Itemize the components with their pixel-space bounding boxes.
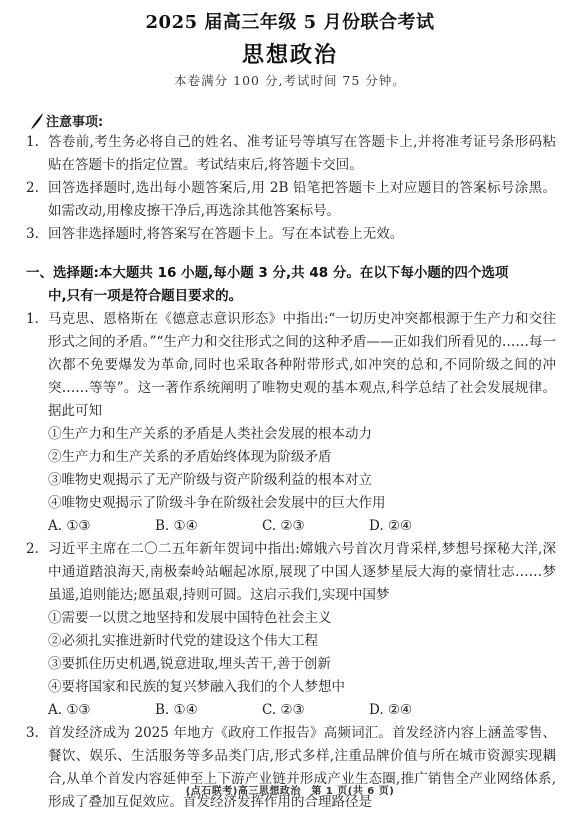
option-a: A. ①③: [48, 515, 155, 538]
exam-title: 2025 届高三年级 5 月份联合考试: [0, 8, 580, 34]
statement: ③要抓住历史机遇,锐意进取,埋头苦干,善于创新: [48, 653, 556, 676]
option-c: C. ②③: [262, 699, 369, 722]
exam-page: 2025 届高三年级 5 月份联合考试 思想政治 本卷满分 100 分,考试时间…: [0, 0, 580, 823]
option-c: C. ②③: [262, 515, 369, 538]
notice-item: 1. 答卷前,考生务必将自己的姓名、准考证号等填写在答题卡上,并将准考证号条形码…: [26, 131, 556, 177]
exam-info: 本卷满分 100 分,考试时间 75 分钟。: [0, 71, 580, 89]
option-a: A. ①③: [48, 699, 155, 722]
option-d: D. ②④: [369, 515, 476, 538]
statement: ④唯物史观揭示了阶级斗争在阶级社会发展中的巨大作用: [48, 492, 556, 515]
statement: ①需要一以贯之地坚持和发展中国特色社会主义: [48, 607, 556, 630]
option-b: B. ①④: [155, 699, 262, 722]
notice-item: 2. 回答选择题时,选出每小题答案后,用 2B 铅笔把答题卡上对应题目的答案标号…: [26, 177, 556, 223]
question-stem: 习近平主席在二〇二五年新年贺词中指出:嫦娥六号首次月背采样,梦想号探秘大洋,深中…: [48, 541, 556, 603]
question-stem: 马克思、恩格斯在《德意志意识形态》中指出:“一切历史冲突都根源于生产力和交往形式…: [48, 311, 556, 419]
statement: ④要将国家和民族的复兴梦融入我们的个人梦想中: [48, 676, 556, 699]
question-2: 2. 习近平主席在二〇二五年新年贺词中指出:嫦娥六号首次月背采样,梦想号探秘大洋…: [26, 538, 556, 722]
notice-heading-text: 注意事项:: [46, 111, 103, 130]
notice-list: 1. 答卷前,考生务必将自己的姓名、准考证号等填写在答题卡上,并将准考证号条形码…: [26, 131, 556, 246]
answer-options: A. ①③ B. ①④ C. ②③ D. ②④: [48, 699, 556, 722]
statement: ②必须扎实推进新时代党的建设这个伟大工程: [48, 630, 556, 653]
pen-icon: [30, 113, 44, 129]
statement: ②生产力和生产关系的矛盾始终体现为阶级矛盾: [48, 446, 556, 469]
page-footer: (点石联考)高三思想政治 第 1 页(共 6 页): [0, 782, 580, 797]
question-3: 3. 首发经济成为 2025 年地方《政府工作报告》高频词汇。首发经济内容上涵盖…: [26, 722, 556, 814]
section-heading: 一、选择题:本大题共 16 小题,每小题 3 分,共 48 分。在以下每小题的四…: [26, 262, 556, 308]
notice-item: 3. 回答非选择题时,将答案写在答题卡上。写在本试卷上无效。: [26, 223, 556, 246]
answer-options: A. ①③ B. ①④ C. ②③ D. ②④: [48, 515, 556, 538]
statement: ①生产力和生产关系的矛盾是人类社会发展的根本动力: [48, 423, 556, 446]
option-d: D. ②④: [369, 699, 476, 722]
question-stem: 首发经济成为 2025 年地方《政府工作报告》高频词汇。首发经济内容上涵盖零售、…: [48, 725, 556, 810]
question-list: 1. 马克思、恩格斯在《德意志意识形态》中指出:“一切历史冲突都根源于生产力和交…: [26, 308, 556, 814]
subject-title: 思想政治: [0, 38, 580, 69]
notice-heading: 注意事项:: [30, 111, 103, 130]
statement: ③唯物史观揭示了无产阶级与资产阶级利益的根本对立: [48, 469, 556, 492]
option-b: B. ①④: [155, 515, 262, 538]
question-1: 1. 马克思、恩格斯在《德意志意识形态》中指出:“一切历史冲突都根源于生产力和交…: [26, 308, 556, 538]
